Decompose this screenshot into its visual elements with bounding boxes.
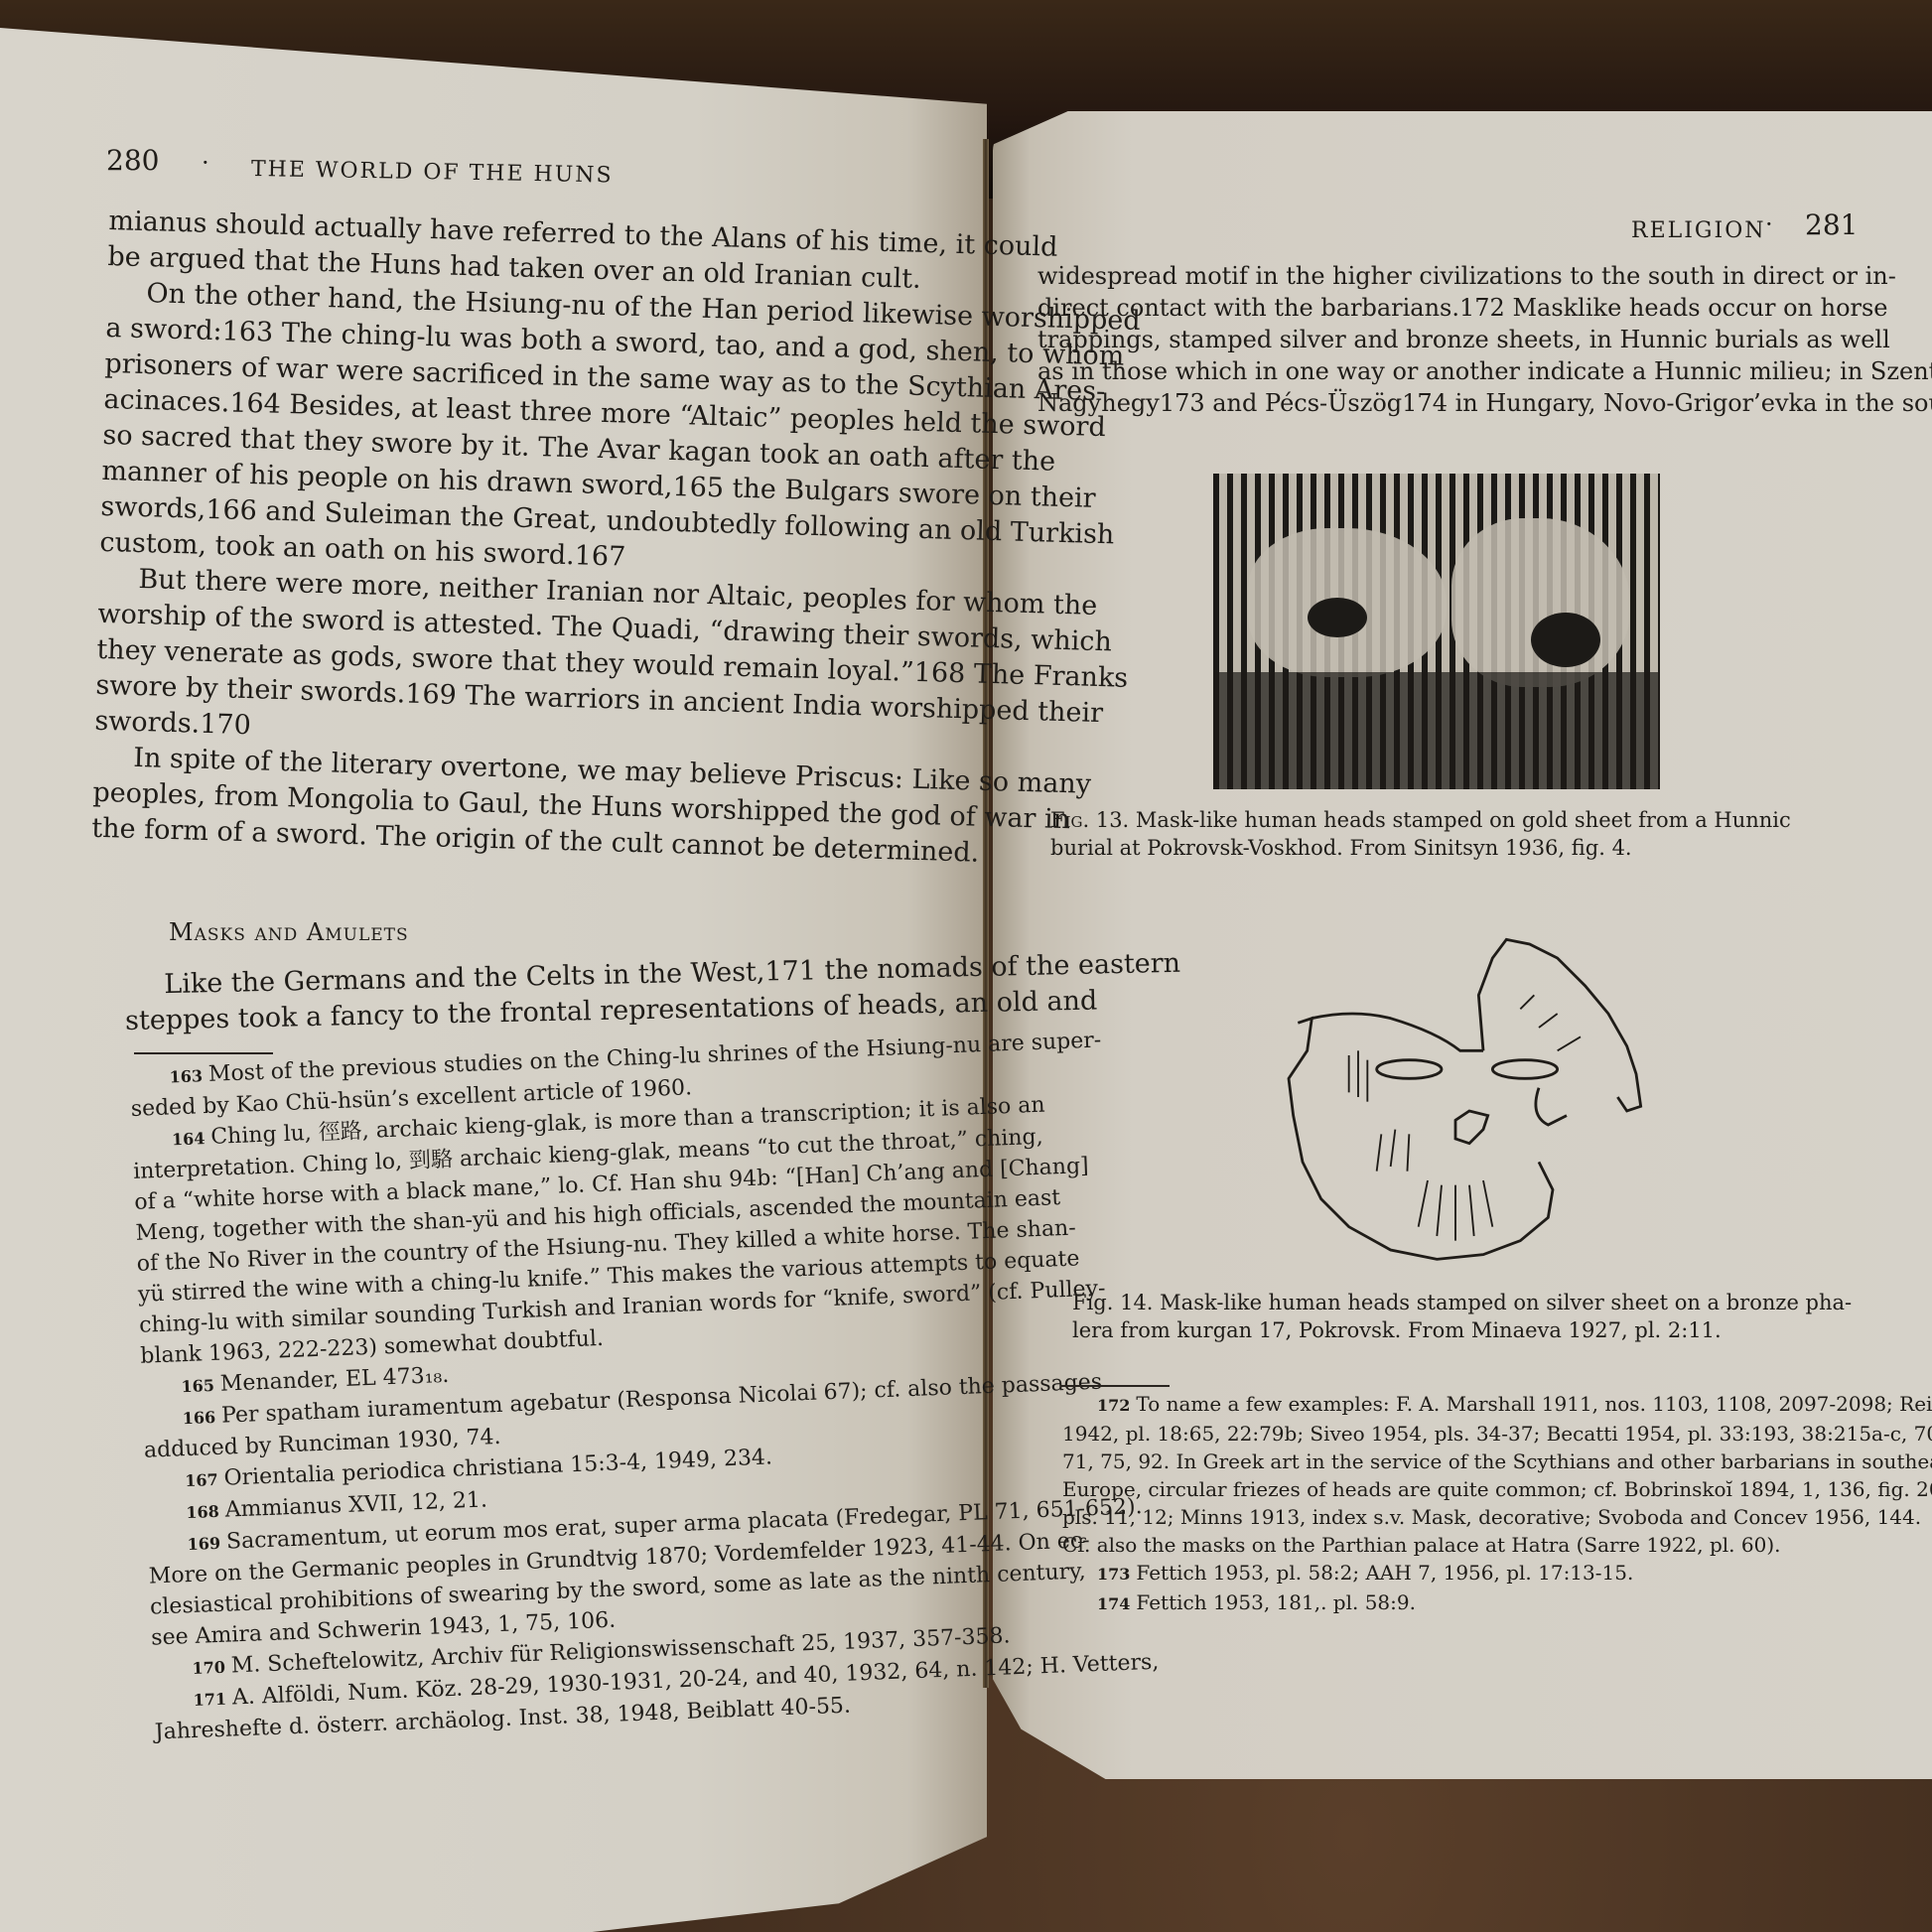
footnote-line: pls. 11, 12; Minns 1913, index s.v. Mask… — [1062, 1503, 1876, 1531]
footnote-rule-right — [1060, 1385, 1170, 1387]
text-line: trappings, stamped silver and bronze she… — [1037, 324, 1852, 355]
footnote-172: 172To name a few examples: F. A. Marshal… — [1062, 1390, 1876, 1420]
footnotes-right: 172To name a few examples: F. A. Marshal… — [1062, 1390, 1876, 1618]
footnote-173: 173Fettich 1953, pl. 58:2; AAH 7, 1956, … — [1062, 1559, 1876, 1588]
footnote-line: 71, 75, 92. In Greek art in the service … — [1062, 1448, 1876, 1475]
header-separator: · — [1765, 210, 1773, 238]
footnote-line: 1942, pl. 18:65, 22:79b; Siveo 1954, pls… — [1062, 1420, 1876, 1448]
page-number-left: 280 — [106, 144, 159, 177]
footnote-line: Cf. also the masks on the Parthian palac… — [1062, 1531, 1876, 1559]
section-heading: Masks and Amulets — [169, 918, 409, 946]
mask-head-right — [1451, 518, 1630, 687]
eye-shape — [1531, 613, 1600, 667]
page-number-right: 281 — [1805, 208, 1858, 241]
figure-13-image — [1213, 474, 1660, 789]
footnote-line: Europe, circular friezes of heads are qu… — [1062, 1475, 1876, 1503]
running-head-right: RELIGION — [1631, 218, 1765, 243]
figure-14-caption: Fig. 14. Mask-like human heads stamped o… — [1072, 1289, 1852, 1344]
footnote-174: 174Fettich 1953, 181,. pl. 58:9. — [1062, 1588, 1876, 1618]
text-line: Nagyhegy173 and Pécs-Üszög174 in Hungary… — [1037, 387, 1852, 419]
right-body-text: widespread motif in the higher civilizat… — [1037, 260, 1852, 419]
header-separator: · — [202, 149, 209, 177]
dark-lower-band — [1213, 672, 1660, 789]
footnotes-left: 163Most of the previous studies on the C… — [129, 1030, 1009, 1748]
figure-14-drawing — [1261, 913, 1678, 1281]
text-line: widespread motif in the higher civilizat… — [1037, 260, 1852, 292]
text-line: direct contact with the barbarians.172 M… — [1037, 292, 1852, 324]
footnote-rule-left — [134, 1052, 273, 1054]
text-line: as in those which in one way or another … — [1037, 355, 1852, 387]
figure-13-caption: Fig. 13. Mask-like human heads stamped o… — [1050, 806, 1791, 862]
left-body-text: mianus should actually have referred to … — [91, 204, 973, 871]
eye-shape — [1308, 598, 1367, 637]
